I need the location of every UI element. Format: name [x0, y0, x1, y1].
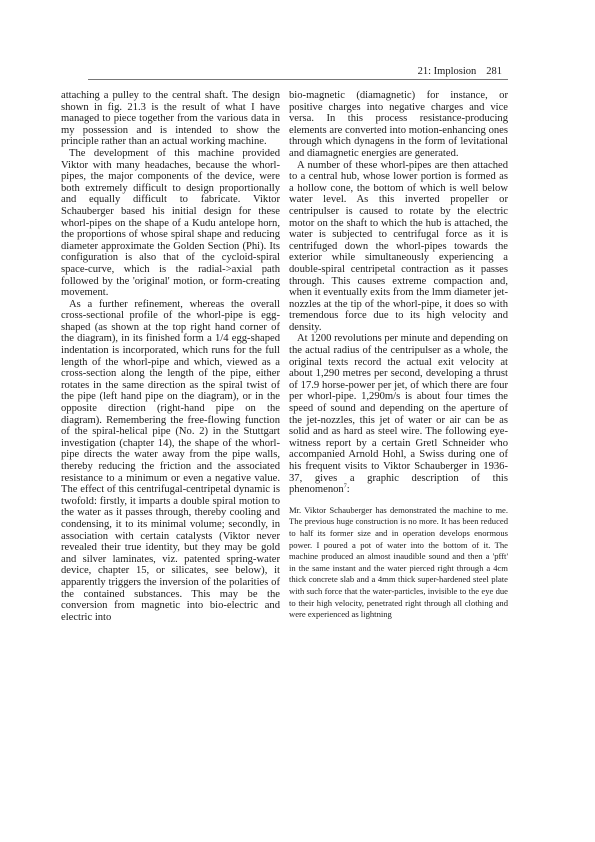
paragraph-end: : — [347, 484, 350, 495]
running-header: 21: Implosion281 — [88, 66, 508, 80]
paragraph: The development of this machine provided… — [61, 148, 280, 299]
block-quote: Mr. Viktor Schauberger has demonstrated … — [289, 505, 508, 621]
paragraph-with-footnote: At 1200 revolutions per minute and depen… — [289, 333, 508, 495]
paragraph-text: At 1200 revolutions per minute and depen… — [289, 333, 508, 495]
paragraph: bio-magnetic (diamagnetic) for instance,… — [289, 90, 508, 160]
page-number: 281 — [486, 66, 502, 77]
header-text: 21: Implosion281 — [418, 66, 502, 78]
paragraph: As a further refinement, whereas the ove… — [61, 299, 280, 624]
right-column: bio-magnetic (diamagnetic) for instance,… — [289, 90, 508, 621]
left-column: attaching a pulley to the central shaft.… — [61, 90, 280, 623]
paragraph: A number of these whorl-pipes are then a… — [289, 160, 508, 334]
paragraph: attaching a pulley to the central shaft.… — [61, 90, 280, 148]
running-title: 21: Implosion — [418, 66, 477, 77]
